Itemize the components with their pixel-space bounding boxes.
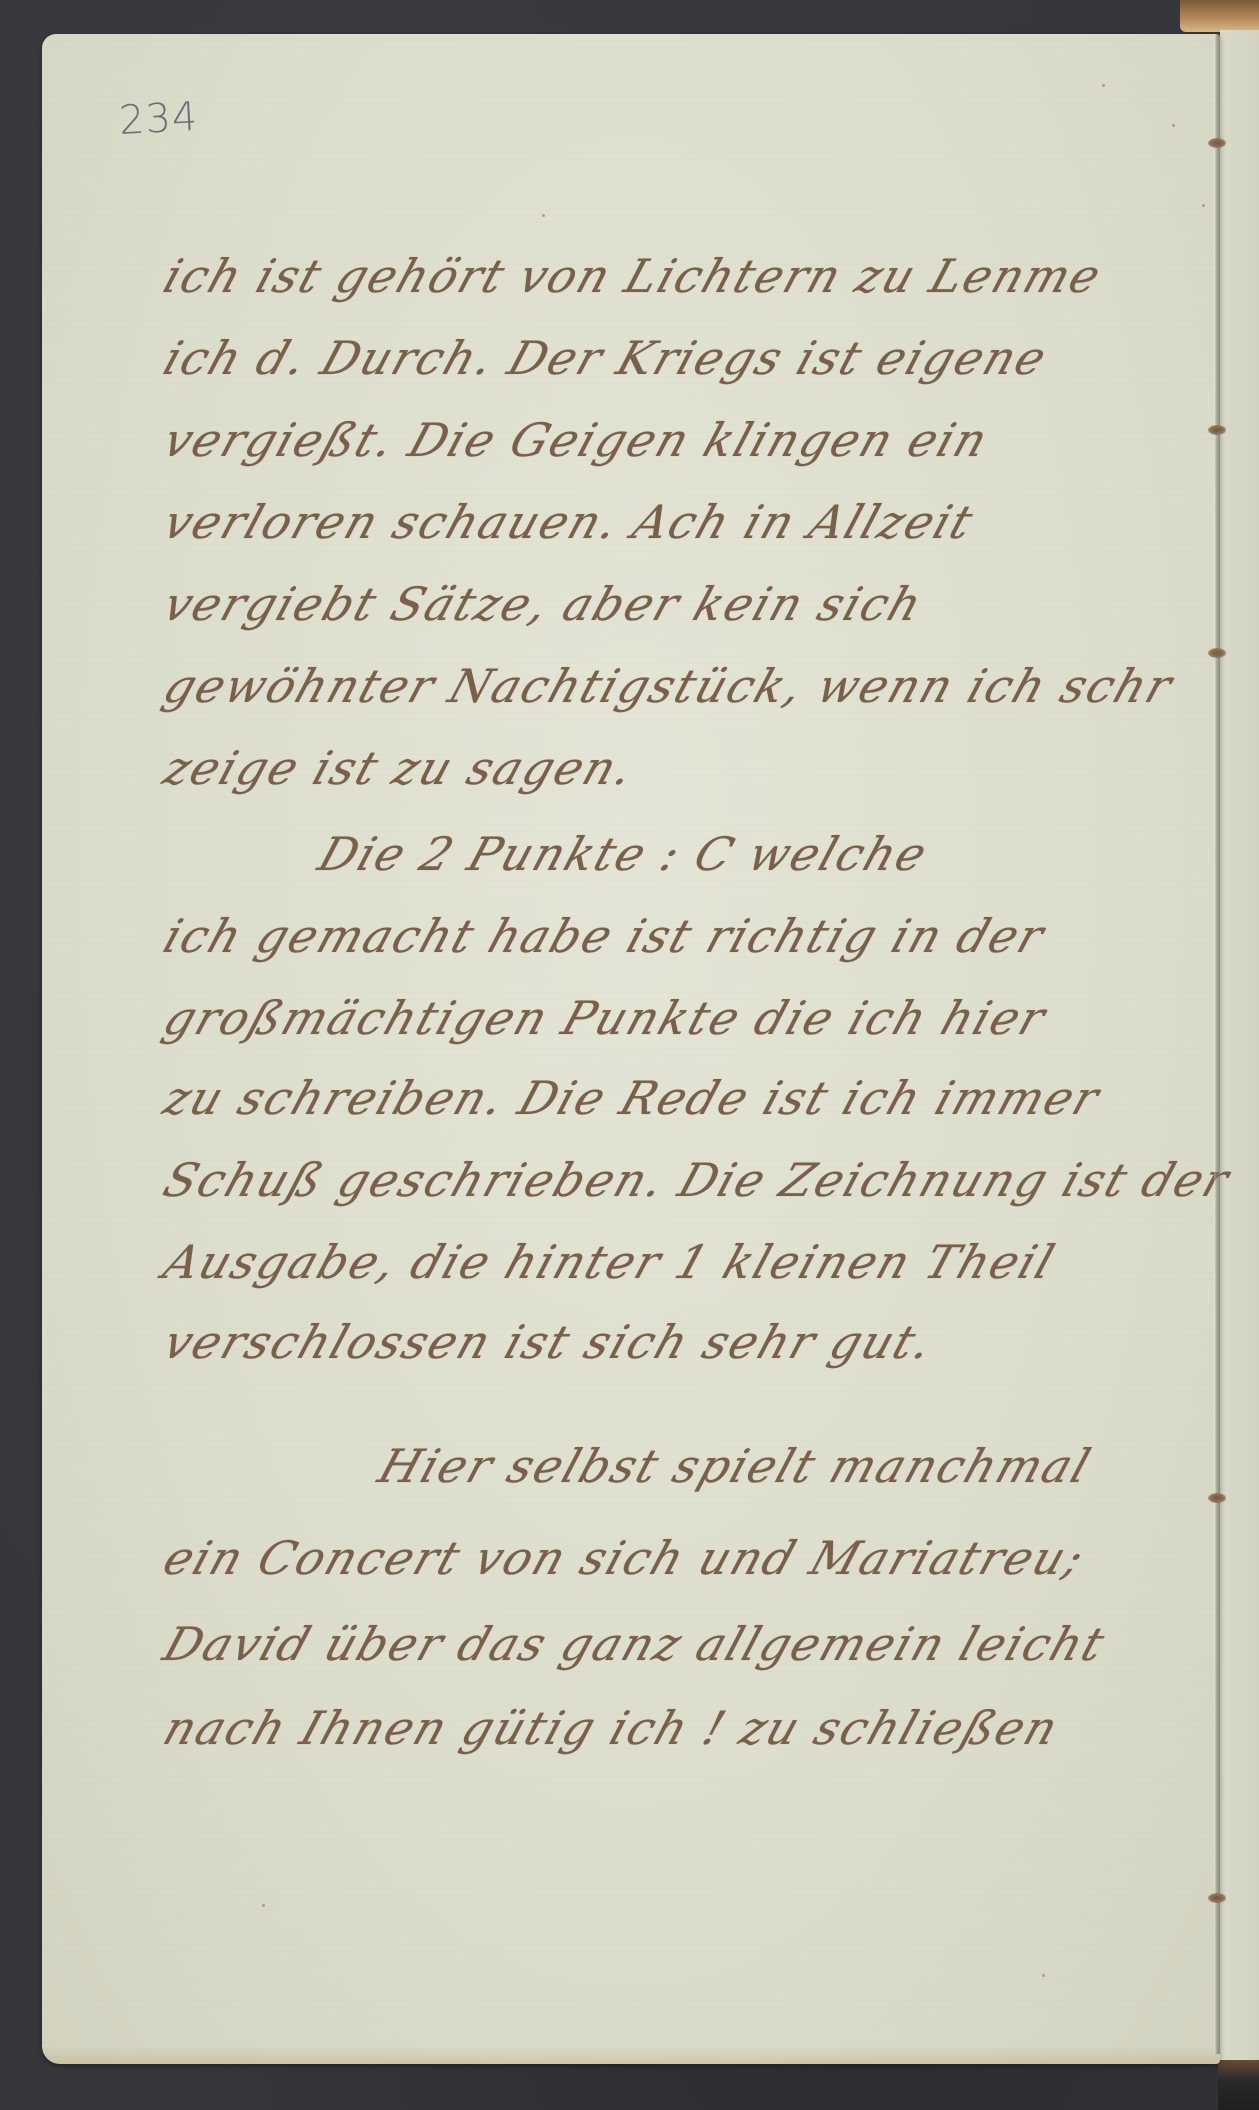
text-line: gewöhnter Nachtigstück, wenn ich schr — [157, 659, 1180, 713]
text-line: Schuß geschrieben. Die Zeichnung ist der — [157, 1153, 1237, 1207]
paper-speck — [542, 214, 545, 217]
text-line: nach Ihnen gütig ich ! zu schließen — [157, 1701, 1066, 1755]
text-line: verschlossen ist sich sehr gut. — [157, 1315, 941, 1369]
paper-speck — [1102, 84, 1105, 87]
binding-stitch — [1208, 425, 1226, 435]
page-gutter-fold — [1214, 34, 1220, 2054]
text-line: ich d. Durch. Der Kriegs ist eigene — [157, 331, 1055, 385]
facing-page-edge — [1220, 30, 1259, 2060]
text-line: zu schreiben. Die Rede ist ich immer — [157, 1071, 1107, 1125]
page-number: 234 — [118, 94, 200, 144]
manuscript-page: 234 ich ist gehört von Lichtern zu Lenme… — [42, 34, 1220, 2064]
text-line: David über das ganz allgemein leicht — [157, 1617, 1113, 1671]
paper-speck — [1172, 124, 1175, 127]
text-line: Die 2 Punkte : C welche — [312, 827, 935, 881]
text-line: ich ist gehört von Lichtern zu Lenme — [157, 249, 1109, 303]
text-line: Hier selbst spielt manchmal — [372, 1439, 1099, 1493]
paper-speck — [1042, 1974, 1045, 1977]
text-line: ich gemacht habe ist richtig in der — [157, 909, 1052, 963]
text-line: Ausgabe, die hinter 1 kleinen Theil — [157, 1235, 1063, 1289]
text-line: vergiebt Sätze, aber kein sich — [157, 577, 930, 631]
binding-stitch — [1208, 1893, 1226, 1903]
book-binding-bottom — [1218, 2060, 1259, 2110]
binding-stitch — [1208, 648, 1226, 658]
text-line: ein Concert von sich und Mariatreu; — [157, 1531, 1092, 1585]
book-binding-top — [1180, 0, 1259, 32]
text-line: zeige ist zu sagen. — [157, 741, 642, 795]
binding-stitch — [1208, 138, 1226, 148]
text-line: verloren schauen. Ach in Allzeit — [157, 495, 981, 549]
paper-speck — [262, 1904, 265, 1907]
paper-speck — [1202, 204, 1205, 207]
binding-stitch — [1208, 1493, 1226, 1503]
text-line: großmächtigen Punkte die ich hier — [157, 991, 1054, 1045]
text-line: vergießt. Die Geigen klingen ein — [157, 413, 996, 467]
